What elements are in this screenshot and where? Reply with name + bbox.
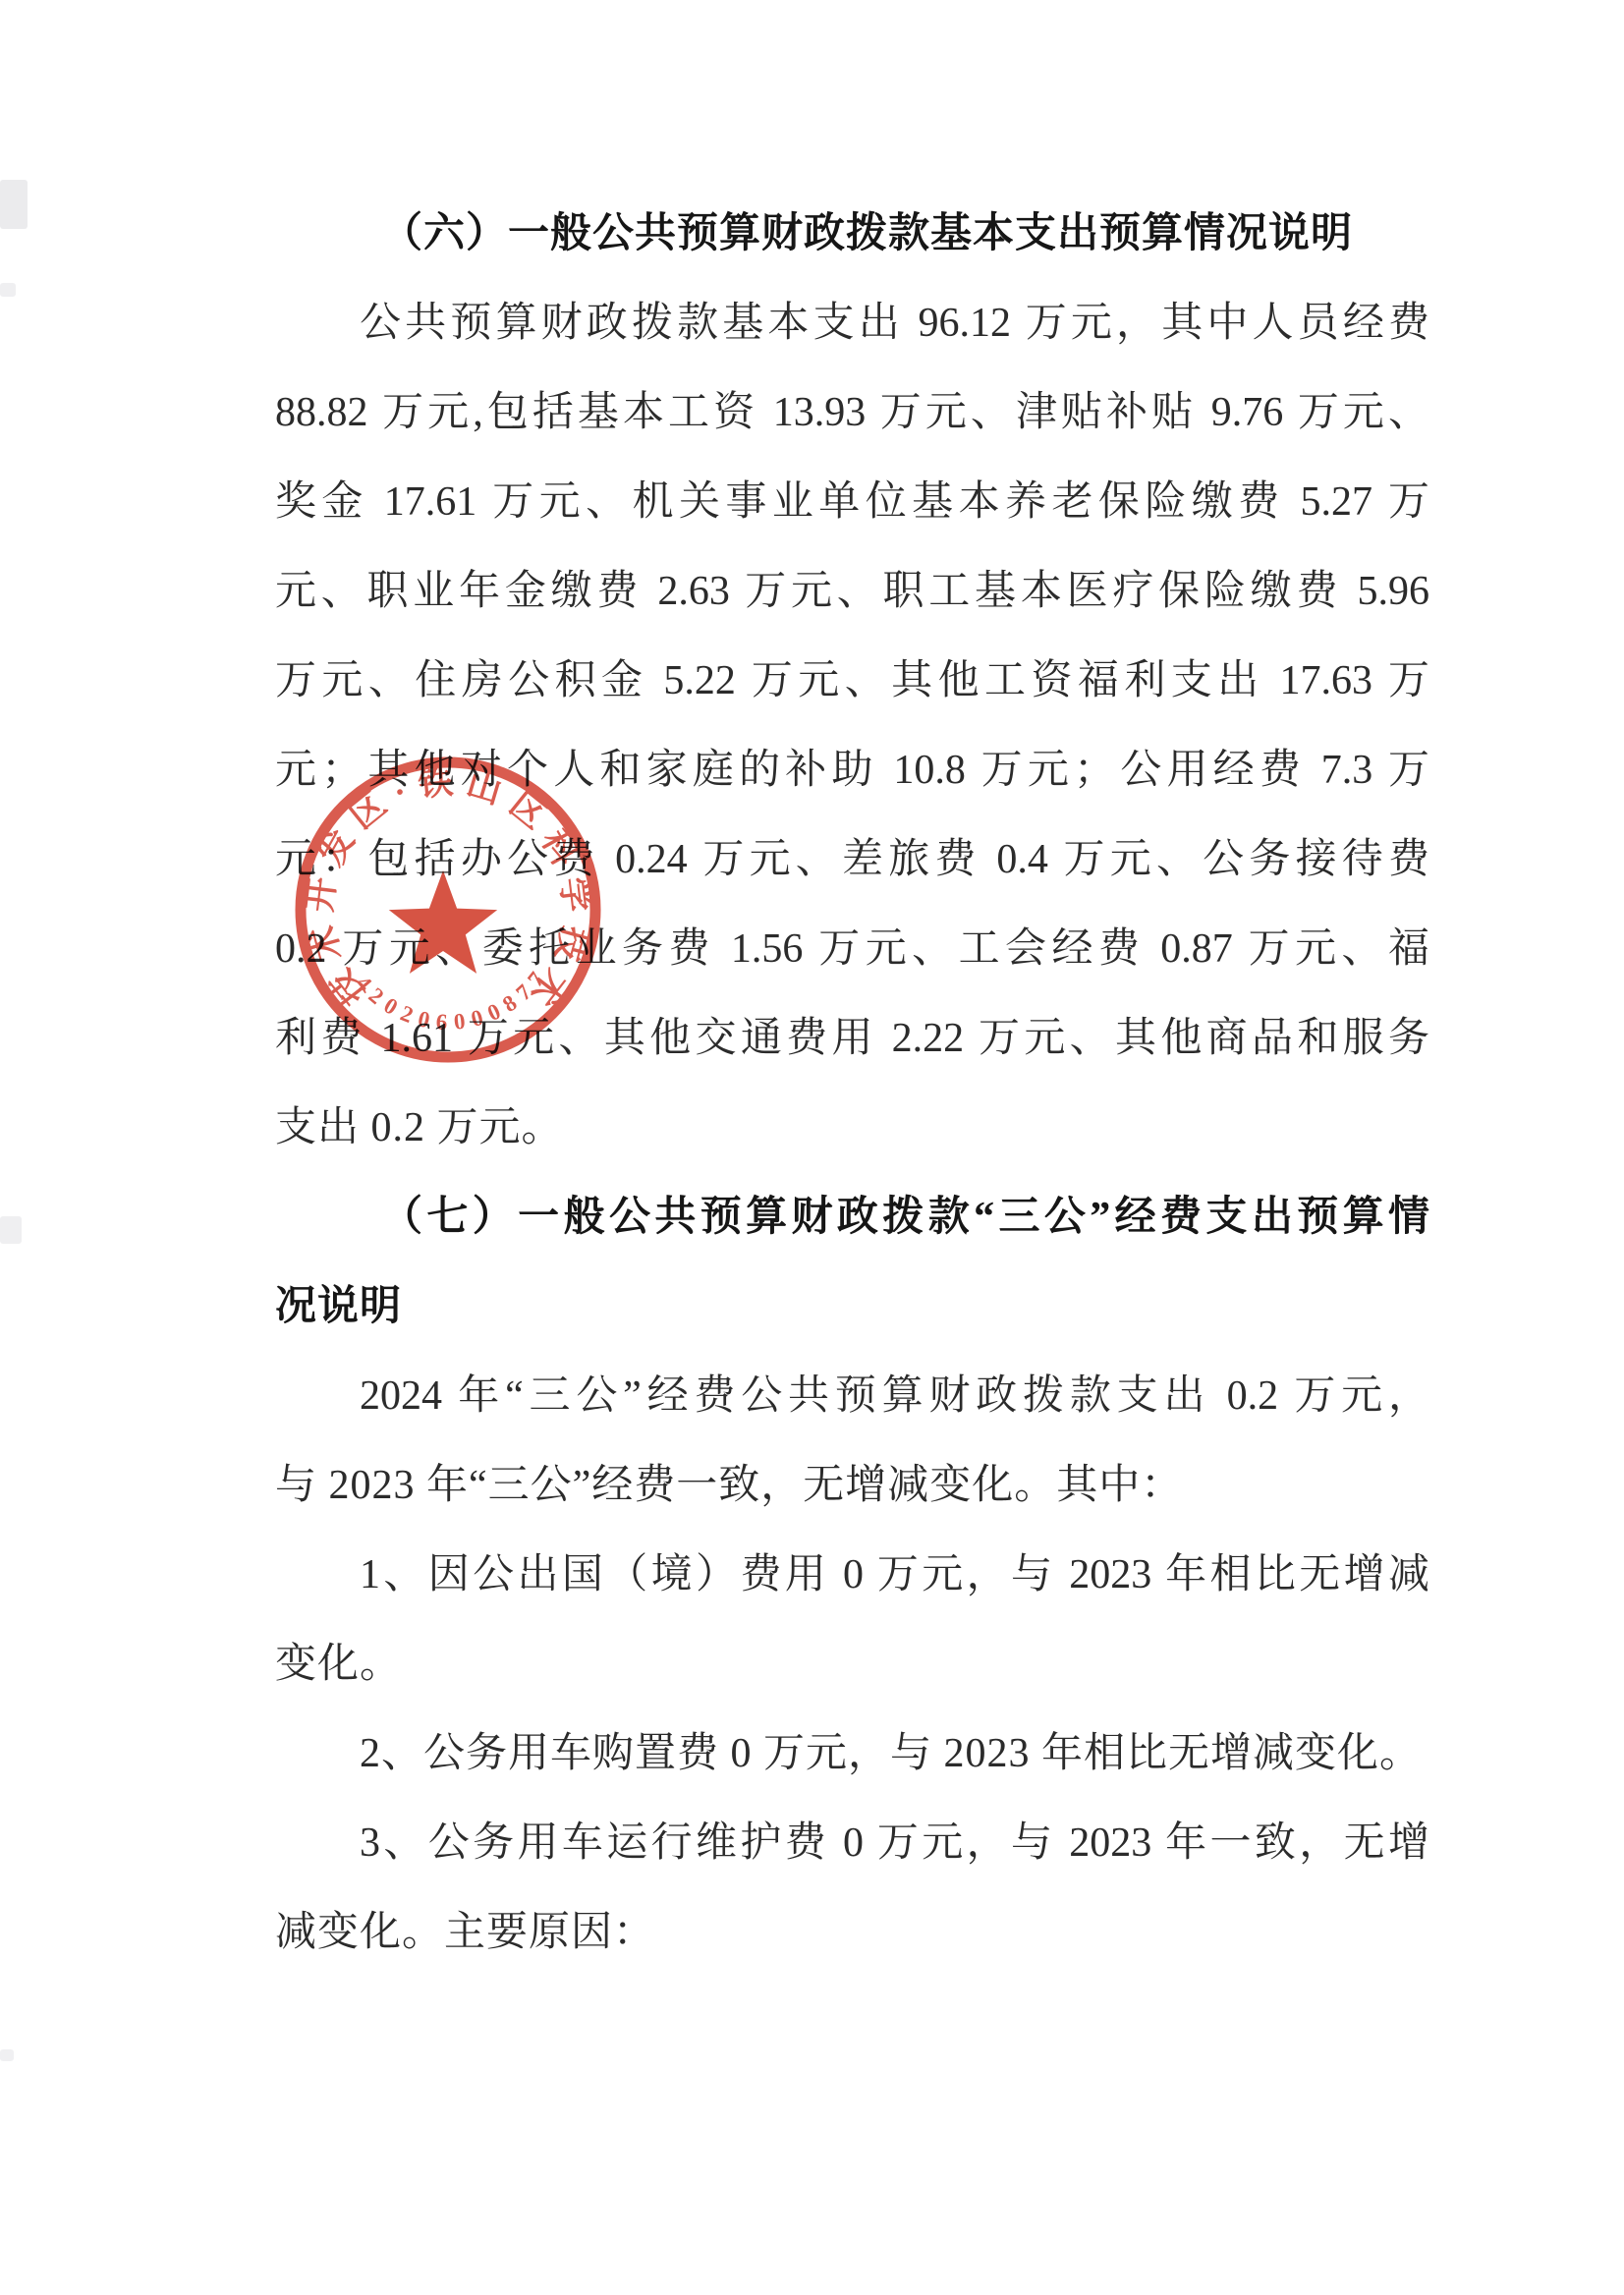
section-heading: （六）一般公共预算财政拨款基本支出预算情况说明	[275, 190, 1429, 279]
text-line: 支出 0.2 万元。	[275, 1084, 1429, 1173]
scan-artifact	[0, 1216, 22, 1244]
document-page: （六）一般公共预算财政拨款基本支出预算情况说明 公共预算财政拨款基本支出 96.…	[0, 0, 1624, 2295]
text-line: 奖金 17.61 万元、机关事业单位基本养老保险缴费 5.27 万	[275, 458, 1429, 547]
text-line: 减变化。主要原因：	[275, 1888, 1429, 1978]
text-line: 公共预算财政拨款基本支出 96.12 万元，其中人员经费	[275, 279, 1429, 368]
document-body: （六）一般公共预算财政拨款基本支出预算情况说明 公共预算财政拨款基本支出 96.…	[275, 190, 1429, 1978]
text-line: 88.82 万元,包括基本工资 13.93 万元、津贴补贴 9.76 万元、	[275, 368, 1429, 458]
text-line: 万元、住房公积金 5.22 万元、其他工资福利支出 17.63 万	[275, 637, 1429, 726]
text-line: 元：包括办公费 0.24 万元、差旅费 0.4 万元、公务接待费	[275, 815, 1429, 905]
text-line: 1、因公出国（境）费用 0 万元，与 2023 年相比无增减	[275, 1531, 1429, 1620]
text-line: 元、职业年金缴费 2.63 万元、职工基本医疗保险缴费 5.96	[275, 547, 1429, 637]
text-line: 3、公务用车运行维护费 0 万元，与 2023 年一致，无增	[275, 1799, 1429, 1888]
scan-artifact	[0, 283, 16, 297]
section-heading: 况说明	[275, 1262, 1429, 1352]
text-line: 0.2 万元、委托业务费 1.56 万元、工会经费 0.87 万元、福	[275, 905, 1429, 994]
text-line: 与 2023 年“三公”经费一致，无增减变化。其中：	[275, 1441, 1429, 1531]
text-line: 变化。	[275, 1620, 1429, 1709]
scan-artifact	[0, 180, 28, 229]
text-line: 元；其他对个人和家庭的补助 10.8 万元；公用经费 7.3 万	[275, 726, 1429, 815]
text-line: 2、公务用车购置费 0 万元，与 2023 年相比无增减变化。	[275, 1709, 1429, 1799]
text-line: 利费 1.61 万元、其他交通费用 2.22 万元、其他商品和服务	[275, 994, 1429, 1084]
section-heading: （七）一般公共预算财政拨款“三公”经费支出预算情	[275, 1173, 1429, 1262]
text-line: 2024 年“三公”经费公共预算财政拨款支出 0.2 万元，	[275, 1352, 1429, 1441]
scan-artifact	[0, 2049, 14, 2061]
